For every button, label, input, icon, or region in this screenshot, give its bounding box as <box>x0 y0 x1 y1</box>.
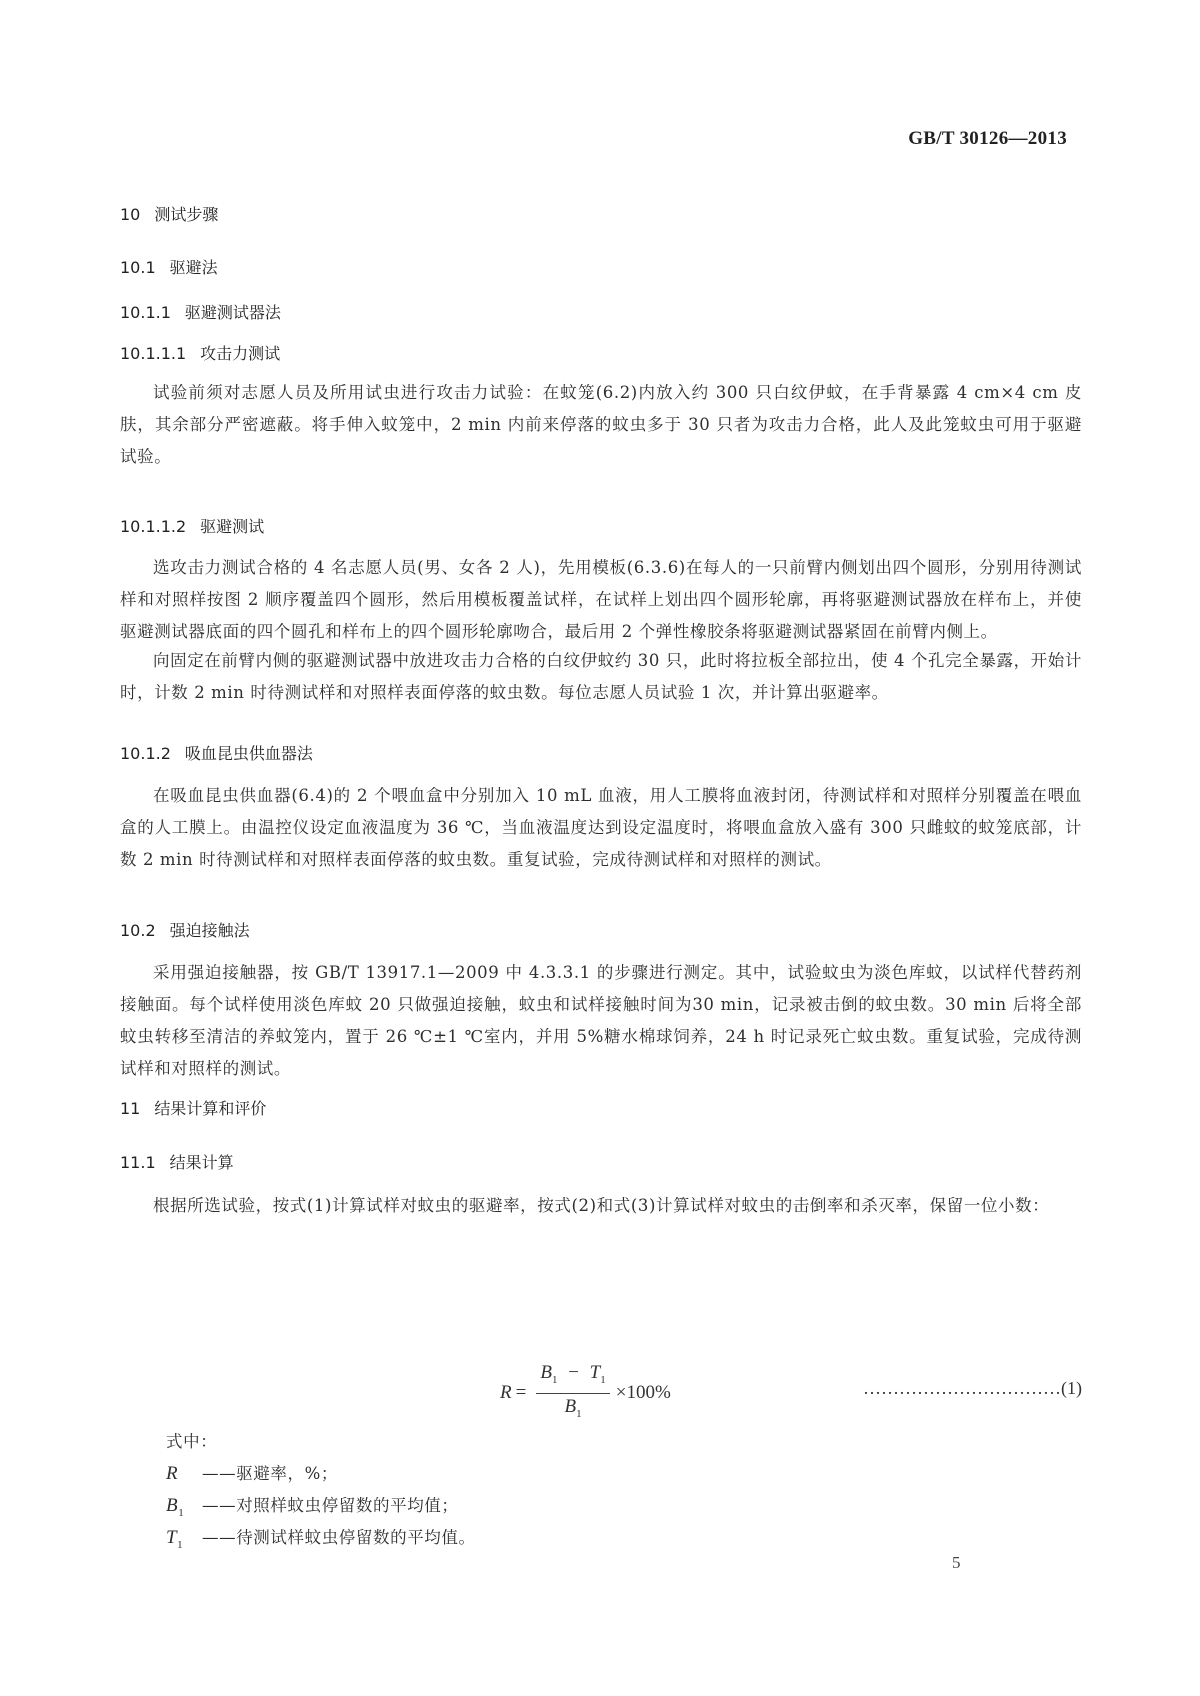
heading-title: 结果计算和评价 <box>154 1099 266 1118</box>
paragraph-attack-test: 试验前须对志愿人员及所用试虫进行攻击力试验：在蚊笼(6.2)内放入约 300 只… <box>120 377 1082 473</box>
heading-title: 吸血昆虫供血器法 <box>185 744 313 763</box>
formula-repellent-rate: R = B1 − T1 B1 ×100% <box>500 1362 671 1424</box>
heading-title: 强迫接触法 <box>170 921 250 940</box>
formula-multiplier: ×100% <box>616 1382 671 1404</box>
formula-equals: = <box>516 1382 527 1404</box>
heading-10: 10测试步骤 <box>120 202 218 225</box>
page-number: 5 <box>952 1553 961 1573</box>
paragraph-repellent-count: 向固定在前臂内侧的驱避测试器中放进攻击力合格的白纹伊蚊约 30 只，此时将拉板全… <box>120 645 1082 709</box>
document-page: GB/T 30126—2013 10测试步骤 10.1驱避法 10.1.1驱避测… <box>0 0 1200 1696</box>
paragraph-repellent-setup: 选攻击力测试合格的 4 名志愿人员(男、女各 2 人)，先用模板(6.3.6)在… <box>120 552 1082 648</box>
heading-title: 驱避测试器法 <box>185 303 281 322</box>
variable-description: ——待测试样蚊虫停留数的平均值。 <box>202 1528 476 1547</box>
heading-number: 10 <box>120 205 140 224</box>
where-item-B1: B1——对照样蚊虫停留数的平均值； <box>166 1492 459 1519</box>
heading-10-1-2: 10.1.2吸血昆虫供血器法 <box>120 741 313 764</box>
heading-10-1-1-2: 10.1.1.2驱避测试 <box>120 514 264 537</box>
heading-title: 攻击力测试 <box>200 344 280 363</box>
heading-10-1-1: 10.1.1驱避测试器法 <box>120 300 281 323</box>
heading-number: 11 <box>120 1099 140 1118</box>
formula-denominator: B1 <box>560 1394 585 1427</box>
heading-11-1: 11.1结果计算 <box>120 1150 234 1173</box>
heading-number: 10.2 <box>120 921 156 940</box>
paragraph-calc-intro: 根据所选试验，按式(1)计算试样对蚊虫的驱避率，按式(2)和式(3)计算试样对蚊… <box>120 1190 1082 1222</box>
heading-number: 10.1.1.1 <box>120 344 186 363</box>
paragraph-forced-contact: 采用强迫接触器，按 GB/T 13917.1—2009 中 4.3.3.1 的步… <box>120 957 1082 1085</box>
where-intro: 式中： <box>166 1428 217 1452</box>
variable-symbol: B1 <box>166 1495 202 1519</box>
heading-number: 10.1.1.2 <box>120 517 186 536</box>
where-item-T1: T1——待测试样蚊虫停留数的平均值。 <box>166 1524 476 1551</box>
heading-11: 11结果计算和评价 <box>120 1096 266 1119</box>
heading-title: 结果计算 <box>170 1153 234 1172</box>
heading-number: 10.1 <box>120 258 156 277</box>
heading-title: 驱避法 <box>170 258 218 277</box>
heading-10-1: 10.1驱避法 <box>120 255 218 278</box>
heading-10-1-1-1: 10.1.1.1攻击力测试 <box>120 341 280 364</box>
heading-10-2: 10.2强迫接触法 <box>120 918 250 941</box>
formula-numerator: B1 − T1 <box>536 1360 609 1393</box>
heading-number: 10.1.2 <box>120 744 171 763</box>
equation-number: ……………………………(1) <box>863 1378 1082 1399</box>
variable-description: ——对照样蚊虫停留数的平均值； <box>202 1496 459 1515</box>
formula-lhs: R <box>500 1382 512 1404</box>
where-item-R: R——驱避率，%； <box>166 1460 338 1487</box>
formula-fraction: B1 − T1 B1 <box>536 1360 609 1427</box>
variable-symbol: T1 <box>166 1527 202 1551</box>
heading-title: 驱避测试 <box>200 517 264 536</box>
variable-description: ——驱避率，%； <box>202 1464 338 1483</box>
paragraph-blood-feeder: 在吸血昆虫供血器(6.4)的 2 个喂血盒中分别加入 10 mL 血液，用人工膜… <box>120 780 1082 876</box>
heading-number: 10.1.1 <box>120 303 171 322</box>
heading-title: 测试步骤 <box>154 205 218 224</box>
variable-symbol: R <box>166 1463 202 1487</box>
heading-number: 11.1 <box>120 1153 156 1172</box>
standard-number: GB/T 30126—2013 <box>908 128 1067 150</box>
